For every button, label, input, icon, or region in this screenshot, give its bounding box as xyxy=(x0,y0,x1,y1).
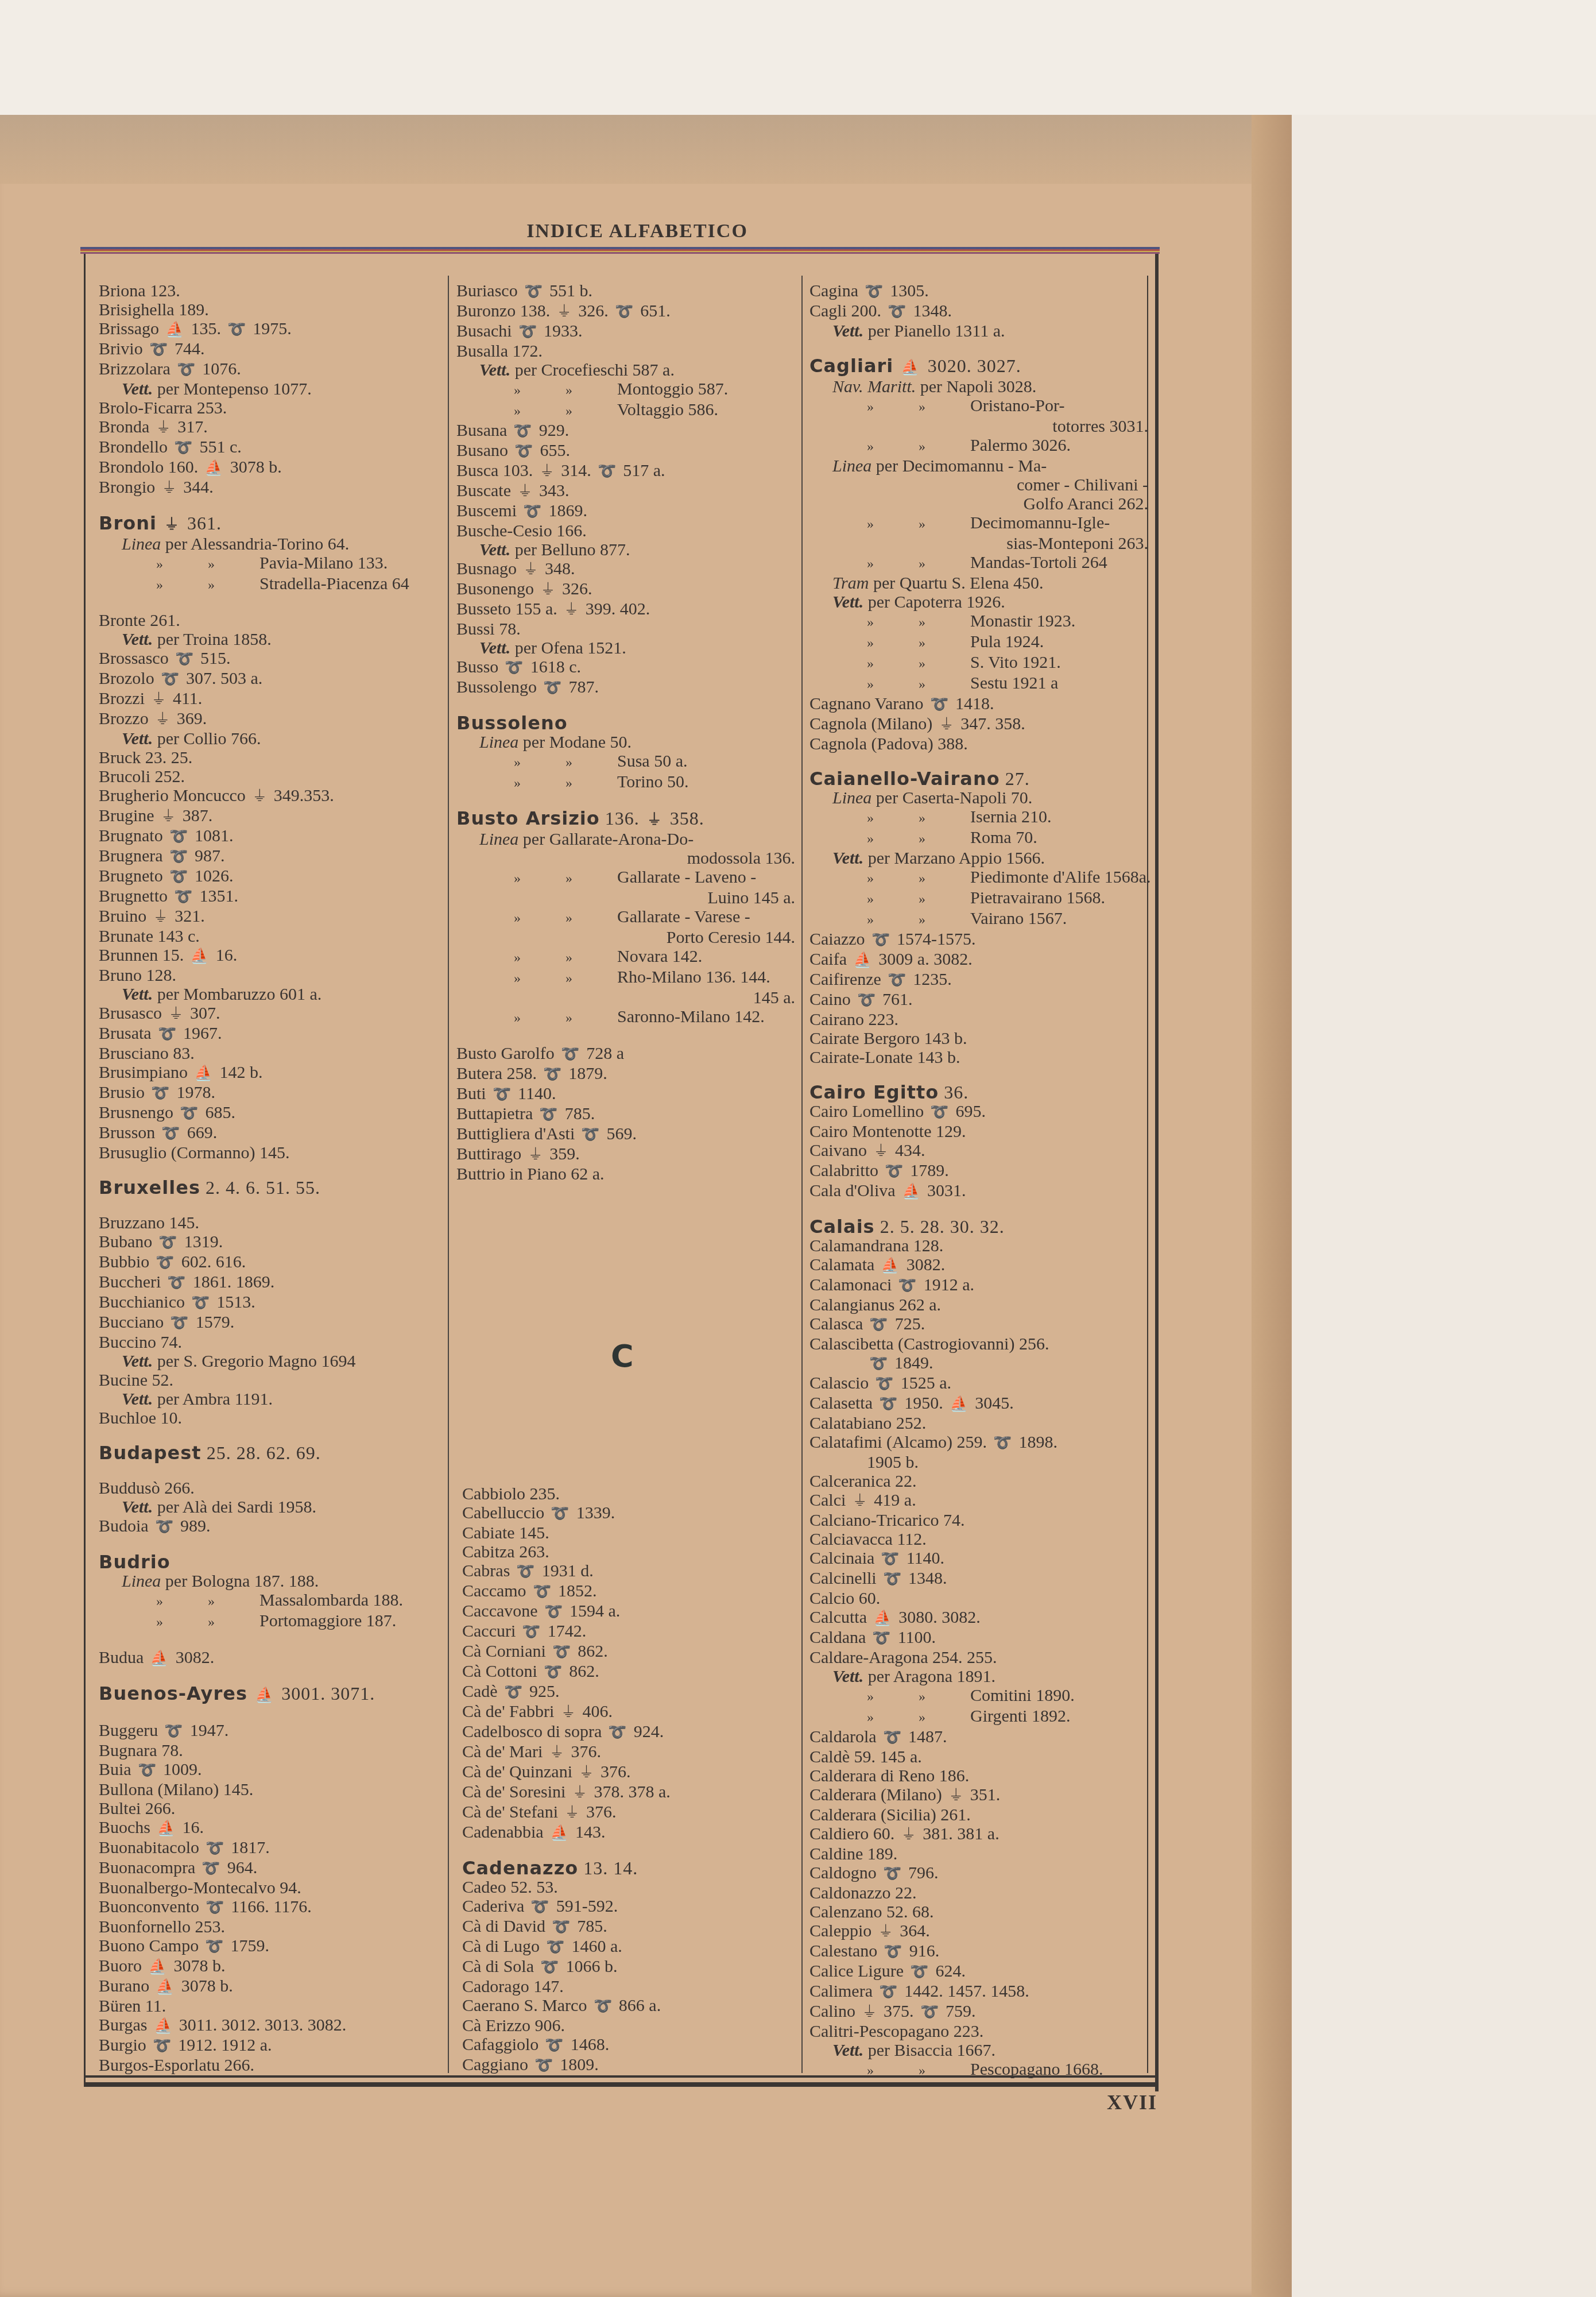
entry-text: Bronte 261. xyxy=(99,611,180,630)
ditto-mark: » xyxy=(565,381,617,400)
index-entry: Calatabiano 252. xyxy=(809,1414,1148,1433)
entry-text: 1009. xyxy=(159,1760,202,1779)
entry-text: 862. xyxy=(565,1662,599,1681)
index-sub-entry: »»S. Vito 1921. xyxy=(809,653,1148,674)
post-horn-icon: ➰ xyxy=(911,1963,929,1982)
entry-text: 1759. xyxy=(226,1936,269,1955)
entry-text: Brusson xyxy=(99,1123,160,1142)
index-entry: Burgas ⛵ 3011. 3012. 3013. 3082. xyxy=(99,2016,443,2036)
entry-text: Caccuri xyxy=(462,1622,520,1641)
entry-text: Cabras xyxy=(462,1561,514,1580)
route-type-label: Linea xyxy=(122,535,161,554)
index-entry: Buscate ⏚ 343. xyxy=(456,481,795,501)
entry-text: Brisighella 189. xyxy=(99,300,209,319)
entry-text: Calestano xyxy=(809,1942,882,1960)
coach-bell-icon: ⏚ xyxy=(939,716,954,734)
entry-text: Cairano 223. xyxy=(809,1010,898,1029)
entry-text: Stradella-Piacenza 64 xyxy=(259,574,409,593)
index-entry: Buonabitacolo ➰ 1817. xyxy=(99,1838,443,1858)
coach-bell-icon: ⏚ xyxy=(540,462,555,481)
index-entry: Brugnetto ➰ 1351. xyxy=(99,887,443,907)
section-letter-c: C xyxy=(611,1338,634,1374)
entry-text: Busto Garolfo xyxy=(456,1044,559,1063)
entry-text: Calamandrana 128. xyxy=(809,1236,943,1255)
entry-text: Pietravairano 1568. xyxy=(970,888,1105,907)
index-entry: Buia ➰ 1009. xyxy=(99,1760,443,1780)
post-horn-icon: ➰ xyxy=(885,1162,903,1181)
route-type-label: Nav. Maritt. xyxy=(832,377,916,396)
entry-text: 785. xyxy=(573,1917,607,1936)
coach-bell-icon: ⏚ xyxy=(564,601,579,620)
index-sub-entry: Linea per Decimomannu - Ma- xyxy=(809,457,1148,475)
entry-text: Cagina xyxy=(809,281,862,300)
entry-text: Budua xyxy=(99,1648,148,1667)
entry-text: Busnago xyxy=(456,559,521,578)
index-entry: Busonengo ⏚ 326. xyxy=(456,579,795,600)
entry-text: Sestu 1921 a xyxy=(970,674,1058,693)
index-entry: Busnago ⏚ 348. xyxy=(456,559,795,579)
entry-text: Porto Ceresio 144. xyxy=(667,928,795,947)
post-horn-icon: ➰ xyxy=(175,439,193,458)
entry-text: 3011. 3012. 3013. 3082. xyxy=(175,2016,346,2035)
index-entry: Buti ➰ 1140. xyxy=(456,1084,795,1104)
entry-text: Buscate xyxy=(456,481,515,500)
index-entry: Brusnengo ➰ 685. xyxy=(99,1103,443,1123)
post-horn-icon: ➰ xyxy=(879,1983,897,2002)
index-entry: Brugnato ➰ 1081. xyxy=(99,826,443,846)
post-horn-icon: ➰ xyxy=(898,1277,917,1296)
coach-bell-icon: ⏚ xyxy=(528,1146,543,1165)
index-entry: Caifirenze ➰ 1235. xyxy=(809,970,1148,990)
index-entry: Busachi ➰ 1933. xyxy=(456,322,795,342)
entry-text: Bussolengo xyxy=(456,678,541,697)
entry-text: Brunnen 15. xyxy=(99,946,188,965)
index-sub-entry: Vett. per Marzano Appio 1566. xyxy=(809,849,1148,868)
post-horn-icon: ➰ xyxy=(177,361,195,380)
ditto-mark: » xyxy=(514,402,565,421)
entry-text: 624. xyxy=(931,1962,966,1981)
steamboat-icon: ⛵ xyxy=(149,1958,167,1977)
ditto-mark: » xyxy=(919,2062,970,2081)
post-horn-icon: ➰ xyxy=(544,679,562,698)
ditto-mark: » xyxy=(156,1613,208,1632)
post-horn-icon: ➰ xyxy=(175,888,193,907)
entry-text: Busachi xyxy=(456,322,516,341)
entry-text: Brugherio Moncucco xyxy=(99,786,250,805)
ditto-mark: » xyxy=(867,438,919,457)
entry-text: Brongio xyxy=(99,478,160,497)
entry-text: 1487. xyxy=(904,1727,947,1746)
index-sub-entry: »»Comitini 1890. xyxy=(809,1686,1148,1707)
scan-background xyxy=(0,0,1596,115)
ditto-mark: » xyxy=(565,774,617,793)
index-entry: Bucine 52. xyxy=(99,1371,443,1390)
entry-text: Buttigliera d'Asti xyxy=(456,1124,579,1143)
entry-text: Caldare-Aragona 254. 255. xyxy=(809,1648,997,1667)
index-sub-entry: »»Pula 1924. xyxy=(809,632,1148,653)
index-entry: Busche-Cesio 166. xyxy=(456,521,795,540)
entry-text: 1978. xyxy=(172,1083,215,1102)
entry-text: 669. xyxy=(183,1123,217,1142)
ditto-mark: » xyxy=(208,555,259,574)
entry-text: Calcutta xyxy=(809,1608,871,1627)
index-entry: Brunnen 15. ⛵ 16. xyxy=(99,946,443,966)
ditto-mark: » xyxy=(867,634,919,653)
ditto-mark: » xyxy=(867,1688,919,1707)
entry-text: Buddusò 266. xyxy=(99,1479,195,1498)
index-entry: Calciavacca 112. xyxy=(809,1530,1148,1549)
entry-text: Brugnera xyxy=(99,846,167,865)
index-sub-entry: Linea per Alessandria-Torino 64. xyxy=(99,535,443,554)
entry-text: Caccavone xyxy=(462,1602,542,1621)
ditto-mark: » xyxy=(919,398,970,417)
index-entry: Caderiva ➰ 591-592. xyxy=(462,1897,795,1917)
post-horn-icon: ➰ xyxy=(524,502,542,521)
index-sub-entry: »»Pavia-Milano 133. xyxy=(99,554,443,574)
vettura-label: Vett. xyxy=(122,630,153,649)
steamboat-icon: ⛵ xyxy=(205,459,223,478)
index-sub-entry: »»Vairano 1567. xyxy=(809,909,1148,930)
entry-text: Cà di Lugo xyxy=(462,1937,544,1956)
index-sub-entry: comer - Chilivani - xyxy=(809,475,1148,494)
index-heading-entry: Busto Arsizio 136. ⏚ 358. xyxy=(456,809,795,830)
index-sub-entry: »»Pescopagano 1668. xyxy=(809,2060,1148,2081)
entry-text: per Quartu S. Elena 450. xyxy=(869,574,1043,593)
entry-text: Pescopagano 1668. xyxy=(970,2060,1103,2079)
entry-text: Cairo Montenotte 129. xyxy=(809,1122,966,1141)
index-entry: Cà de' Quinzani ⏚ 376. xyxy=(462,1762,795,1782)
index-sub-entry: Vett. per Alà dei Sardi 1958. xyxy=(99,1498,443,1517)
entry-text: Saronno-Milano 142. xyxy=(617,1007,765,1026)
index-entry: Bullona (Milano) 145. xyxy=(99,1780,443,1799)
index-entry: Buoro ⛵ 3078 b. xyxy=(99,1956,443,1977)
entry-text: Cadorago 147. xyxy=(462,1977,564,1996)
ditto-mark: » xyxy=(867,809,919,828)
ditto-mark: » xyxy=(514,869,565,888)
entry-text: 406. xyxy=(578,1702,613,1721)
entry-text: 1912. 1912 a. xyxy=(174,2036,272,2055)
entry-text: Brugneto xyxy=(99,867,167,885)
entry-text: Calciano-Tricarico 74. xyxy=(809,1511,964,1530)
post-horn-icon: ➰ xyxy=(544,1663,562,1682)
index-entry: Calenzano 52. 68. xyxy=(809,1902,1148,1921)
coach-bell-icon: ⏚ xyxy=(579,1764,594,1782)
steamboat-icon: ⛵ xyxy=(150,1649,169,1668)
entry-text: Cà de' Fabbri xyxy=(462,1702,559,1721)
route-type-label: Tram xyxy=(832,574,869,593)
index-entry: Cà di Lugo ➰ 1460 a. xyxy=(462,1937,795,1957)
post-horn-icon: ➰ xyxy=(920,2003,939,2022)
post-horn-icon: ➰ xyxy=(561,1045,579,1064)
index-entry: Cadorago 147. xyxy=(462,1977,795,1996)
entry-text: Decimomannu-Igle- xyxy=(970,513,1110,532)
index-heading-entry: Cadenazzo 13. 14. xyxy=(462,1859,795,1878)
entry-text: Bussi 78. xyxy=(456,620,521,639)
coach-bell-icon: ⏚ xyxy=(541,581,556,600)
entry-text xyxy=(157,513,162,533)
vettura-label: Vett. xyxy=(832,322,863,341)
ditto-mark: » xyxy=(156,576,208,595)
post-horn-icon: ➰ xyxy=(524,283,543,301)
entry-text: 651. xyxy=(636,301,671,320)
index-entry: Cadenabbia ⛵ 143. xyxy=(462,1823,795,1843)
index-entry: Bussolengo ➰ 787. xyxy=(456,678,795,698)
entry-text: Calenzano 52. 68. xyxy=(809,1902,934,1921)
header-rule xyxy=(80,247,1160,254)
entry-text: Caivano xyxy=(809,1141,871,1160)
post-horn-icon: ➰ xyxy=(180,1104,199,1123)
index-entry: Buonfornello 253. xyxy=(99,1917,443,1936)
coach-bell-icon: ⏚ xyxy=(161,807,176,826)
index-sub-entry: Vett. per Bisaccia 1667. xyxy=(809,2041,1148,2060)
entry-text: 3078 b. xyxy=(226,458,282,477)
post-horn-icon: ➰ xyxy=(883,1728,901,1747)
heading-place-name: Buenos-Ayres xyxy=(99,1683,247,1704)
post-horn-icon: ➰ xyxy=(552,1643,571,1662)
coach-bell-icon: ⏚ xyxy=(873,1142,888,1161)
ditto-mark: » xyxy=(565,753,617,772)
index-entry: Caldare-Aragona 254. 255. xyxy=(809,1648,1148,1667)
entry-text: Buono Campo xyxy=(99,1936,203,1955)
entry-text: Calatafimi (Alcamo) 259. xyxy=(809,1433,991,1452)
entry-text: 1869. xyxy=(544,501,587,520)
entry-text: Buti xyxy=(456,1084,490,1103)
vettura-label: Vett. xyxy=(832,1667,863,1686)
entry-text: Golfo Aranci 262. xyxy=(1024,494,1148,513)
entry-text: Cagnola (Milano) xyxy=(809,714,937,733)
entry-text: 1235. xyxy=(909,970,952,989)
ditto-mark: » xyxy=(514,1009,565,1028)
heading-place-name: Budapest xyxy=(99,1442,202,1464)
vettura-label: Vett. xyxy=(122,1498,153,1517)
coach-bell-icon: ⏚ xyxy=(252,787,267,806)
post-horn-icon: ➰ xyxy=(540,1105,558,1124)
entry-text: Budoia xyxy=(99,1517,153,1536)
entry-text: Bruzzano 145. xyxy=(99,1213,199,1232)
index-entry: Brisighella 189. xyxy=(99,300,443,319)
index-entry: Burano ⛵ 3078 b. xyxy=(99,1977,443,1997)
heading-place-name: Caianello-Vairano xyxy=(809,768,1000,790)
index-entry: Brozzo ⏚ 369. xyxy=(99,709,443,729)
index-entry: Bubano ➰ 1319. xyxy=(99,1232,443,1252)
post-horn-icon: ➰ xyxy=(152,1084,170,1103)
entry-text: Brizzolara xyxy=(99,359,175,378)
index-entry: Busto Garolfo ➰ 728 a xyxy=(456,1044,795,1064)
index-entry: Brondello ➰ 551 c. xyxy=(99,438,443,458)
entry-text: Calcio 60. xyxy=(809,1589,880,1608)
index-entry: Briona 123. xyxy=(99,281,443,300)
entry-text: Buonalbergo-Montecalvo 94. xyxy=(99,1878,301,1897)
index-entry: Brusson ➰ 669. xyxy=(99,1123,443,1143)
index-entry: Cala d'Oliva ⛵ 3031. xyxy=(809,1181,1148,1201)
index-entry: Cadeo 52. 53. xyxy=(462,1878,795,1897)
entry-text: Buochs xyxy=(99,1818,155,1837)
entry-text: 326. xyxy=(558,579,592,598)
entry-text: 1618 c. xyxy=(526,658,581,676)
route-type-label: Linea xyxy=(832,457,871,475)
index-heading-entry: Budrio xyxy=(99,1553,443,1572)
entry-text: 744. xyxy=(171,339,205,358)
entry-text: 376. xyxy=(582,1803,617,1822)
entry-text: 1351. xyxy=(195,887,238,906)
entry-text: Portomaggiore 187. xyxy=(259,1611,396,1630)
entry-text: Pula 1924. xyxy=(970,632,1044,651)
index-entry: Bubbio ➰ 602. 616. xyxy=(99,1252,443,1273)
post-horn-icon: ➰ xyxy=(615,303,633,322)
entry-text: 344. xyxy=(179,478,214,497)
entry-text: Brusimpiano xyxy=(99,1063,192,1082)
entry-text: 924. xyxy=(629,1722,664,1741)
entry-text: Massalombarda 188. xyxy=(259,1591,403,1610)
index-sub-entry: »»Palermo 3026. xyxy=(809,436,1148,457)
index-entry: Cairo Lomellino ➰ 695. xyxy=(809,1102,1148,1122)
entry-text: 1076. xyxy=(198,359,241,378)
ditto-mark: » xyxy=(919,675,970,694)
entry-text: Calcinelli xyxy=(809,1569,881,1588)
entry-text: Brondello xyxy=(99,438,172,457)
index-entry: Brondolo 160. ⛵ 3078 b. xyxy=(99,458,443,478)
entry-text: Calascibetta (Castrogiovanni) 256. xyxy=(809,1335,1049,1354)
vettura-label: Vett. xyxy=(832,593,863,612)
entry-text: 1319. xyxy=(180,1232,223,1251)
index-entry: Cagli 200. ➰ 1348. xyxy=(809,301,1148,322)
route-type-label: Linea xyxy=(479,830,518,849)
index-entry: Cà Corniani ➰ 862. xyxy=(462,1642,795,1662)
entry-text: 307. xyxy=(186,1004,220,1023)
ditto-mark: » xyxy=(919,911,970,930)
post-horn-icon: ➰ xyxy=(594,1997,612,2016)
entry-text: per Belluno 877. xyxy=(510,540,630,559)
coach-bell-icon: ⏚ xyxy=(878,1923,893,1942)
column-divider-2 xyxy=(801,276,803,2073)
index-entry: Calci ⏚ 419 a. xyxy=(809,1491,1148,1511)
footer-rule-thick xyxy=(84,2082,1159,2087)
ditto-mark: » xyxy=(565,1009,617,1028)
entry-text: Brossasco xyxy=(99,649,173,668)
entry-text: Caggiano xyxy=(462,2055,532,2074)
steamboat-icon: ⛵ xyxy=(901,358,920,377)
entry-text: Busche-Cesio 166. xyxy=(456,521,587,540)
entry-text: Calceranica 22. xyxy=(809,1472,917,1491)
index-entry: Calascio ➰ 1525 a. xyxy=(809,1374,1148,1394)
index-entry: Cà de' Fabbri ⏚ 406. xyxy=(462,1702,795,1722)
index-entry: Brugherio Moncucco ⏚ 349.353. xyxy=(99,786,443,806)
entry-text: 3082. xyxy=(171,1648,214,1667)
entry-text: Cagnola (Padova) 388. xyxy=(809,734,968,753)
index-entry: Calcutta ⛵ 3080. 3082. xyxy=(809,1608,1148,1628)
entry-text: 3031. xyxy=(923,1181,966,1200)
entry-text: 1442. 1457. 1458. xyxy=(900,1982,1029,2001)
post-horn-icon: ➰ xyxy=(155,1518,173,1537)
index-sub-entry: Nav. Maritt. per Napoli 3028. xyxy=(809,377,1148,396)
index-sub-entry: Linea per Modane 50. xyxy=(456,733,795,752)
index-entry: Caccuri ➰ 1742. xyxy=(462,1622,795,1642)
post-horn-icon: ➰ xyxy=(206,1839,224,1858)
entry-text: 351. xyxy=(966,1785,1000,1804)
coach-bell-icon: ⏚ xyxy=(948,1786,963,1805)
entry-text: Vairano 1567. xyxy=(970,909,1067,928)
route-type-label: Linea xyxy=(122,1572,161,1591)
index-sub-entry: »»Voltaggio 586. xyxy=(456,400,795,421)
post-horn-icon: ➰ xyxy=(227,320,246,339)
entry-text: Novara 142. xyxy=(617,947,702,966)
entry-text: 3001. 3071. xyxy=(276,1683,375,1704)
steamboat-icon: ⛵ xyxy=(950,1395,968,1414)
index-entry: Burgos-Esporlatu 266. xyxy=(99,2056,443,2075)
entry-text: Girgenti 1892. xyxy=(970,1707,1070,1726)
entry-text: Brusata xyxy=(99,1024,156,1043)
ditto-mark: » xyxy=(867,555,919,574)
index-entry: Calestano ➰ 916. xyxy=(809,1942,1148,1962)
post-horn-icon: ➰ xyxy=(159,1233,177,1252)
coach-bell-icon: ⏚ xyxy=(572,1784,587,1803)
ditto-mark: » xyxy=(919,1688,970,1707)
coach-bell-icon: ⏚ xyxy=(565,1804,580,1823)
entry-text: Brusuglio (Cormanno) 145. xyxy=(99,1143,289,1162)
entry-text: 1742. xyxy=(543,1622,586,1641)
post-horn-icon: ➰ xyxy=(517,1563,535,1581)
heading-place-name: Broni xyxy=(99,512,157,534)
index-entry: Brusio ➰ 1978. xyxy=(99,1083,443,1103)
entry-text: 1100. xyxy=(893,1628,936,1647)
ditto-mark: » xyxy=(919,438,970,457)
index-entry: Brusasco ⏚ 307. xyxy=(99,1004,443,1024)
entry-text: 569. xyxy=(602,1124,637,1143)
entry-text: 602. 616. xyxy=(177,1252,246,1271)
post-horn-icon: ➰ xyxy=(168,1274,186,1293)
entry-text: Busonengo xyxy=(456,579,539,598)
entry-text: Busseto 155 a. xyxy=(456,600,561,618)
entry-text: Buttapietra xyxy=(456,1104,537,1123)
entry-text: 655. xyxy=(536,441,570,460)
index-entry: Buriasco ➰ 551 b. xyxy=(456,281,795,301)
ditto-mark: » xyxy=(208,1592,259,1611)
entry-text: Cagli 200. xyxy=(809,301,886,320)
entry-text: Busano xyxy=(456,441,513,460)
index-sub-entry: »»Monastir 1923. xyxy=(809,612,1148,632)
entry-text: 434. xyxy=(891,1141,925,1160)
ditto-mark: » xyxy=(514,949,565,968)
page-right-edge xyxy=(1252,115,1292,2297)
vettura-label: Vett. xyxy=(122,380,153,399)
index-entry: Calciano-Tricarico 74. xyxy=(809,1511,1148,1530)
entry-text: 759. xyxy=(941,2002,975,2021)
index-entry: Caldiero 60. ⏚ 381. 381 a. xyxy=(809,1824,1148,1844)
coach-bell-icon: ⏚ xyxy=(524,560,539,579)
entry-text: 25. 28. 62. 69. xyxy=(202,1443,321,1463)
index-entry: Calamata ⛵ 3082. xyxy=(809,1255,1148,1275)
entry-text: Calcinaia xyxy=(809,1549,879,1568)
entry-text: Monastir 1923. xyxy=(970,612,1075,631)
entry-text: Cadelbosco di sopra xyxy=(462,1722,606,1741)
index-entry: Buttapietra ➰ 785. xyxy=(456,1104,795,1124)
route-type-label: Linea xyxy=(479,733,518,752)
entry-text: Cabiate 145. xyxy=(462,1523,549,1542)
entry-text: Buonabitacolo xyxy=(99,1838,203,1857)
page-number: XVII xyxy=(1107,2090,1157,2114)
entry-text: 3078 b. xyxy=(169,1956,226,1975)
index-entry: Büren 11. xyxy=(99,1997,443,2016)
entry-text: Caerano S. Marco xyxy=(462,1996,591,2015)
coach-bell-icon: ⏚ xyxy=(853,1492,867,1511)
ditto-mark: » xyxy=(919,869,970,888)
entry-text: 3009 a. 3082. xyxy=(874,950,973,969)
entry-text: Cala d'Oliva xyxy=(809,1181,900,1200)
entry-text: 364. xyxy=(896,1921,930,1940)
index-sub-entry: »»Pietravairano 1568. xyxy=(809,888,1148,909)
index-entry: Busano ➰ 655. xyxy=(456,441,795,461)
index-sub-entry: Vett. per Aragona 1891. xyxy=(809,1667,1148,1686)
